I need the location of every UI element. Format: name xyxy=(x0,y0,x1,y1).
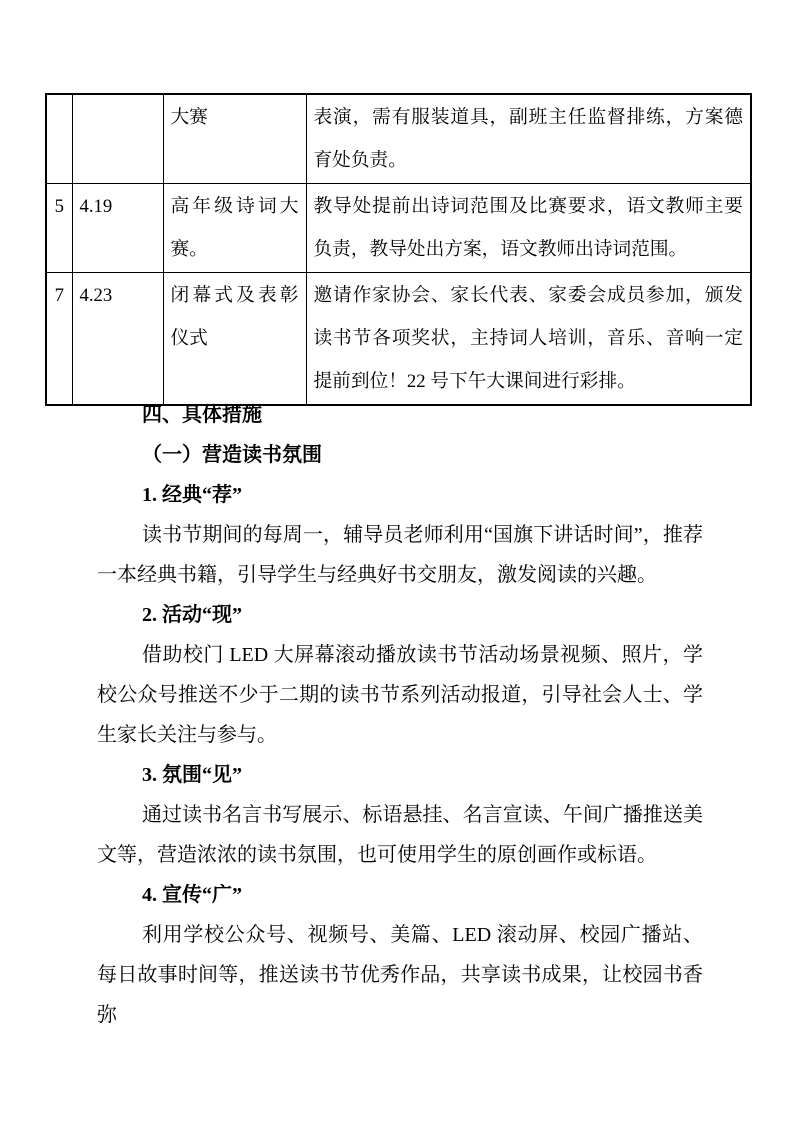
date-cell: 4.19 xyxy=(72,184,163,273)
section-heading: 四、具体措施 xyxy=(97,395,703,435)
description-cell: 邀请作家协会、家长代表、家委会成员参加，颁发读书节各项奖状，主持词人培训，音乐、… xyxy=(306,273,751,406)
document-page: 大赛 表演，需有服装道具，副班主任监督排练，方案德育处负责。 5 4.19 高年… xyxy=(0,0,793,1122)
item-heading-1: 1. 经典“荐” xyxy=(97,475,703,515)
item-heading-4: 4. 宣传“广” xyxy=(97,875,703,915)
item-heading-2: 2. 活动“现” xyxy=(97,595,703,635)
description-cell: 教导处提前出诗词范围及比赛要求，语文教师主要负责，教导处出方案，语文教师出诗词范… xyxy=(306,184,751,273)
row-number-cell: 7 xyxy=(46,273,72,406)
schedule-table: 大赛 表演，需有服装道具，副班主任监督排练，方案德育处负责。 5 4.19 高年… xyxy=(45,93,752,406)
activity-cell: 高年级诗词大赛。 xyxy=(163,184,306,273)
row-number-cell xyxy=(46,94,72,184)
document-body: 四、具体措施 （一）营造读书氛围 1. 经典“荐” 读书节期间的每周一，辅导员老… xyxy=(97,395,703,1035)
activity-cell: 闭幕式及表彰仪式 xyxy=(163,273,306,406)
table-row: 5 4.19 高年级诗词大赛。 教导处提前出诗词范围及比赛要求，语文教师主要负责… xyxy=(46,184,751,273)
table-row: 7 4.23 闭幕式及表彰仪式 邀请作家协会、家长代表、家委会成员参加，颁发读书… xyxy=(46,273,751,406)
item-heading-3: 3. 氛围“见” xyxy=(97,755,703,795)
item-paragraph-4: 利用学校公众号、视频号、美篇、LED 滚动屏、校园广播站、每日故事时间等，推送读… xyxy=(97,915,703,1035)
activity-cell: 大赛 xyxy=(163,94,306,184)
row-number-cell: 5 xyxy=(46,184,72,273)
item-paragraph-2: 借助校门 LED 大屏幕滚动播放读书节活动场景视频、照片，学校公众号推送不少于二… xyxy=(97,635,703,755)
item-paragraph-3: 通过读书名言书写展示、标语悬挂、名言宣读、午间广播推送美文等，营造浓浓的读书氛围… xyxy=(97,795,703,875)
date-cell: 4.23 xyxy=(72,273,163,406)
item-paragraph-1: 读书节期间的每周一，辅导员老师利用“国旗下讲话时间”，推荐一本经典书籍，引导学生… xyxy=(97,515,703,595)
table-row: 大赛 表演，需有服装道具，副班主任监督排练，方案德育处负责。 xyxy=(46,94,751,184)
date-cell xyxy=(72,94,163,184)
description-cell: 表演，需有服装道具，副班主任监督排练，方案德育处负责。 xyxy=(306,94,751,184)
subsection-heading: （一）营造读书氛围 xyxy=(97,435,703,475)
